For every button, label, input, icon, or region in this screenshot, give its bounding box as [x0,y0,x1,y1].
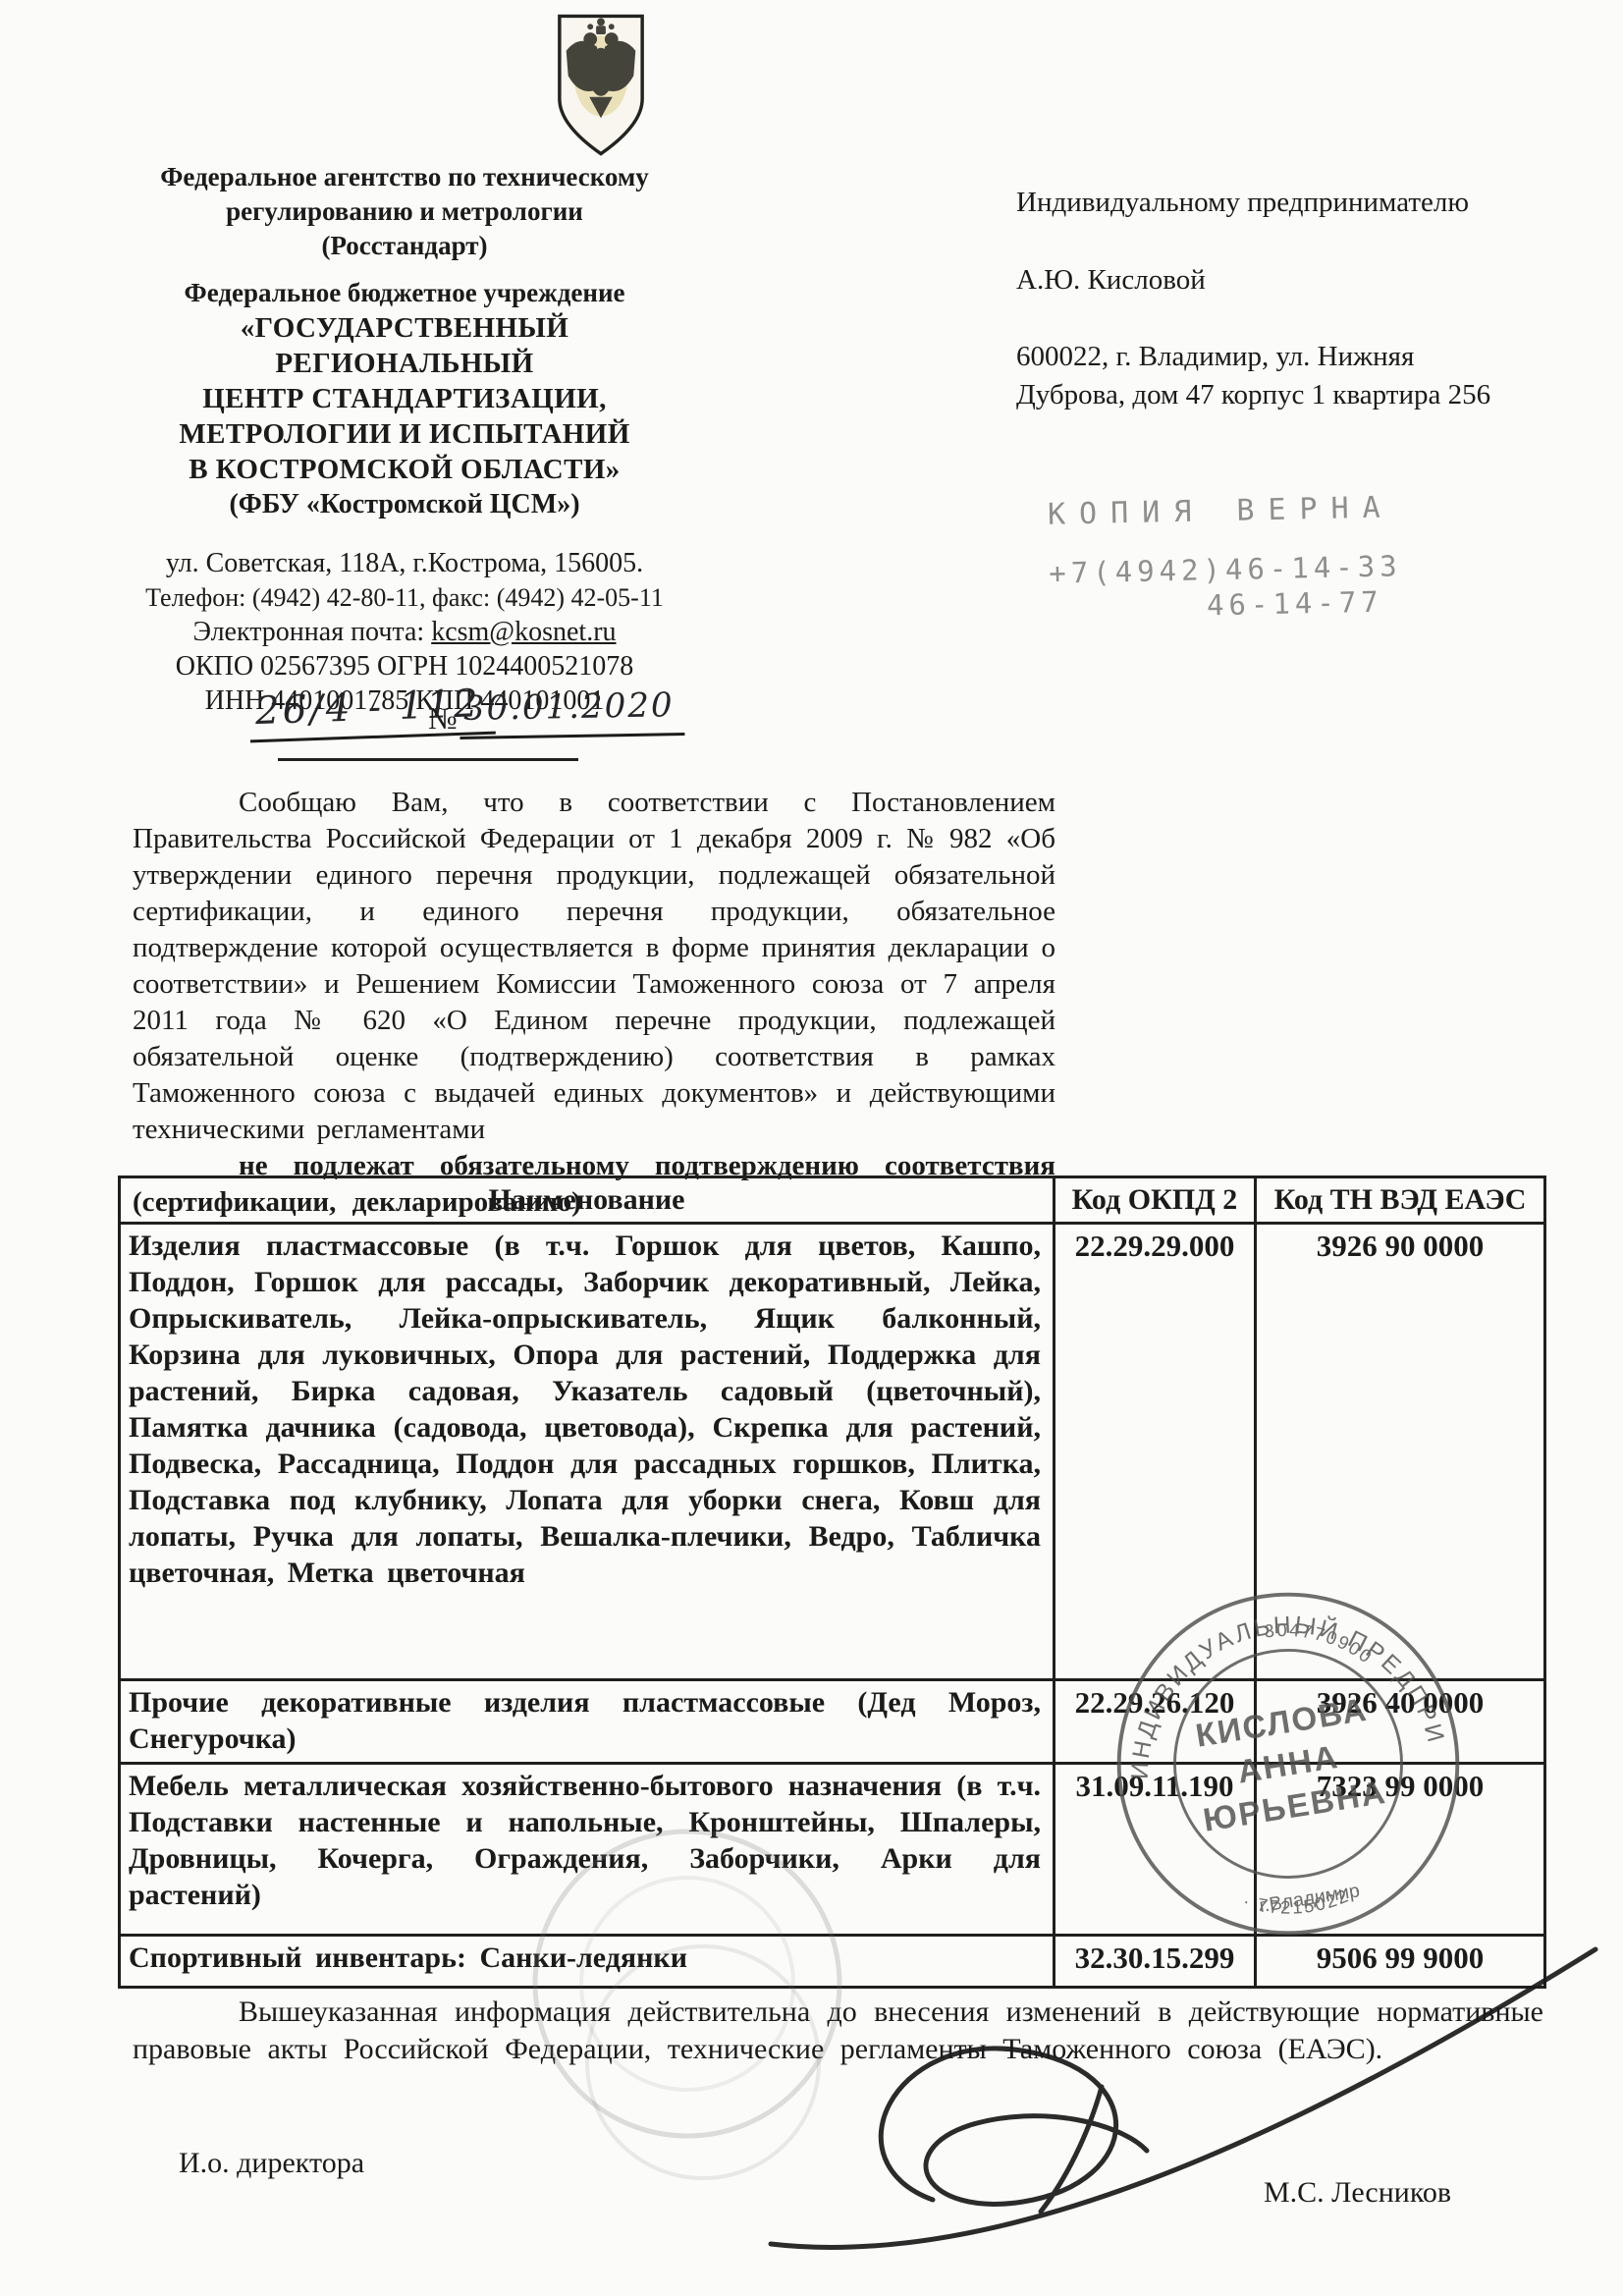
copy-true-stamp-text: КОПИЯ ВЕРНА [1048,490,1401,532]
addressee-name: А.Ю. Кисловой [1016,264,1527,297]
addressee-block: Индивидуальному предпринимателю А.Ю. Кис… [1016,185,1527,414]
number-sign: № [428,701,458,737]
institution-name-line: МЕТРОЛОГИИ И ИСПЫТАНИЙ [135,416,674,452]
russian-coat-of-arms-icon [553,12,649,157]
table-header-row: Наименование Код ОКПД 2 Код ТН ВЭД ЕАЭС [120,1177,1545,1224]
number-field-rule [278,758,578,761]
letter-body: Сообщаю Вам, что в соответствии с Постан… [133,785,1055,1221]
column-header-name: Наименование [120,1177,1055,1224]
institution-name-line: ЦЕНТР СТАНДАРТИЗАЦИИ, [135,381,674,416]
copy-stamp-phone2: 46-14-77 [1207,584,1403,622]
institution-type: Федеральное бюджетное учреждение [135,276,674,310]
letterhead-okpo-ogrn: ОКПО 02567395 ОГРН 1024400521078 [135,649,674,683]
agency-name-line: регулированию и метрологии [135,194,674,229]
copy-true-stamp: КОПИЯ ВЕРНА +7(4942)46-14-33 46-14-77 [1048,490,1403,625]
entrepreneur-round-stamp: ИНДИВИДУАЛЬНЫЙ ПРЕДПРИНИМАТЕЛЬ 304770900… [1079,1555,1497,1973]
letterhead-address: ул. Советская, 118А, г.Кострома, 156005. [135,546,674,580]
letterhead: Федеральное агентство по техническому ре… [135,160,674,718]
handwritten-signature-icon [771,1949,1596,2247]
outgoing-number-row: 26/4 - 112 № 30.01.2020 [245,685,717,754]
agency-name-line: Федеральное агентство по техническому [135,160,674,194]
letterhead-phone-fax: Телефон: (4942) 42-80-11, факс: (4942) 4… [135,580,674,615]
column-header-tnved: Код ТН ВЭД ЕАЭС [1256,1177,1545,1224]
product-name-cell: Изделия пластмассовые (в т.ч. Горшок для… [120,1224,1055,1680]
institution-name-line: «ГОСУДАРСТВЕННЫЙ РЕГИОНАЛЬНЫЙ [135,310,674,381]
addressee-type: Индивидуальному предпринимателю [1016,185,1527,221]
column-header-okpd2: Код ОКПД 2 [1055,1177,1256,1224]
body-paragraph: Сообщаю Вам, что в соответствии с Постан… [133,785,1055,1148]
scanned-letter-page: Федеральное агентство по техническому ре… [0,0,1623,2296]
signer-position: И.о. директора [179,2147,364,2180]
institution-short-name: (ФБУ «Костромской ЦСМ») [135,487,674,522]
email-address: kcsm@kosnet.ru [431,617,616,647]
addressee-address: 600022, г. Владимир, ул. Нижняя Дуброва,… [1016,338,1527,414]
stamp-owner-patronymic: ЮРЬЕВНА [1201,1775,1389,1839]
agency-short-name: (Росстандарт) [135,229,674,263]
institution-name-line: В КОСТРОМСКОЙ ОБЛАСТИ» [135,452,674,487]
email-label: Электронная почта: [192,617,431,647]
date-handwritten: 30.01.2020 [460,685,685,739]
stamp-owner-surname: КИСЛОВА [1193,1692,1370,1755]
faint-round-stamp-icon [535,1831,839,2178]
letterhead-email-line: Электронная почта: kcsm@kosnet.ru [135,615,674,649]
copy-stamp-phone1: +7(4942)46-14-33 [1049,549,1402,590]
